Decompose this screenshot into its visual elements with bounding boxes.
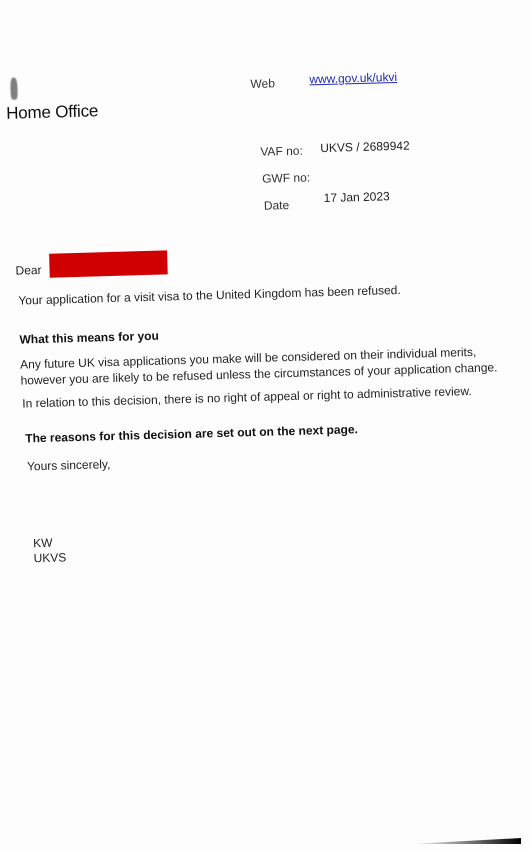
- signoff-unit: UKVS: [33, 550, 66, 565]
- appeal-statement: In relation to this decision, there is n…: [22, 384, 472, 411]
- recipient-redaction: [49, 250, 168, 277]
- date-label: Date: [264, 198, 290, 213]
- vaf-label: VAF no:: [260, 144, 303, 159]
- section-heading: What this means for you: [19, 329, 159, 347]
- reasons-statement: The reasons for this decision are set ou…: [25, 422, 358, 445]
- letter-page: Home Office Web www.gov.uk/ukvi VAF no: …: [0, 0, 531, 852]
- signoff-initials: KW: [33, 536, 53, 551]
- closing: Yours sincerely,: [27, 457, 111, 473]
- organisation-name: Home Office: [6, 101, 98, 124]
- gwf-label: GWF no:: [262, 170, 310, 185]
- refusal-statement: Your application for a visit visa to the…: [18, 283, 401, 308]
- date-value: 17 Jan 2023: [323, 189, 389, 205]
- vaf-value: UKVS / 2689942: [320, 139, 410, 155]
- web-label: Web: [250, 76, 275, 91]
- salutation: Dear: [15, 263, 41, 278]
- royal-crest-icon: [10, 78, 18, 100]
- web-link[interactable]: www.gov.uk/ukvi: [309, 70, 397, 86]
